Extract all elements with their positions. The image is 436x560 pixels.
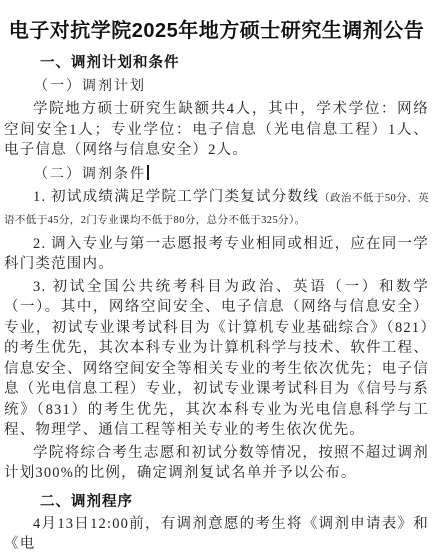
subsection-1-2-heading: （二）调剂条件 xyxy=(34,165,429,185)
document-page[interactable]: 电子对抗学院2025年地方硕士研究生调剂公告 一、调剂计划和条件 （一）调剂计划… xyxy=(0,0,436,560)
procedure-paragraph: 4月13日12:00前，有调剂意愿的考生将《调剂申请表》和《电 xyxy=(4,514,429,555)
condition-1-paragraph: 1. 初试成绩满足学院工学门类复试分数线（政治不低于50分、英语不低于45分，2… xyxy=(4,187,429,232)
text-cursor xyxy=(147,165,149,180)
summary-paragraph: 学院将综合考生志愿和初试分数等情况，按照不超过调剂计划300%的比例，确定调剂复… xyxy=(4,443,429,484)
document-title: 电子对抗学院2025年地方硕士研究生调剂公告 xyxy=(4,18,429,45)
plan-paragraph: 学院地方硕士研究生缺额共4人，其中，学术学位：网络空间安全1人；专业学位：电子信… xyxy=(4,99,429,161)
condition-2-paragraph: 2. 调入专业与第一志愿报考专业相同或相近，应在同一学科门类范围内。 xyxy=(4,234,429,275)
section-2-heading: 二、调剂程序 xyxy=(40,492,429,512)
section-1-heading: 一、调剂计划和条件 xyxy=(40,53,429,73)
condition-1-main: 1. 初试成绩满足学院工学门类复试分数线 xyxy=(33,189,319,205)
subsection-1-2-label: （二）调剂条件 xyxy=(34,167,146,182)
subsection-1-1-heading: （一）调剂计划 xyxy=(34,77,429,97)
condition-3-paragraph: 3. 初试全国公共统考科目为政治、英语（一）和数学（一）。其中，网络空间安全、电… xyxy=(4,277,429,441)
